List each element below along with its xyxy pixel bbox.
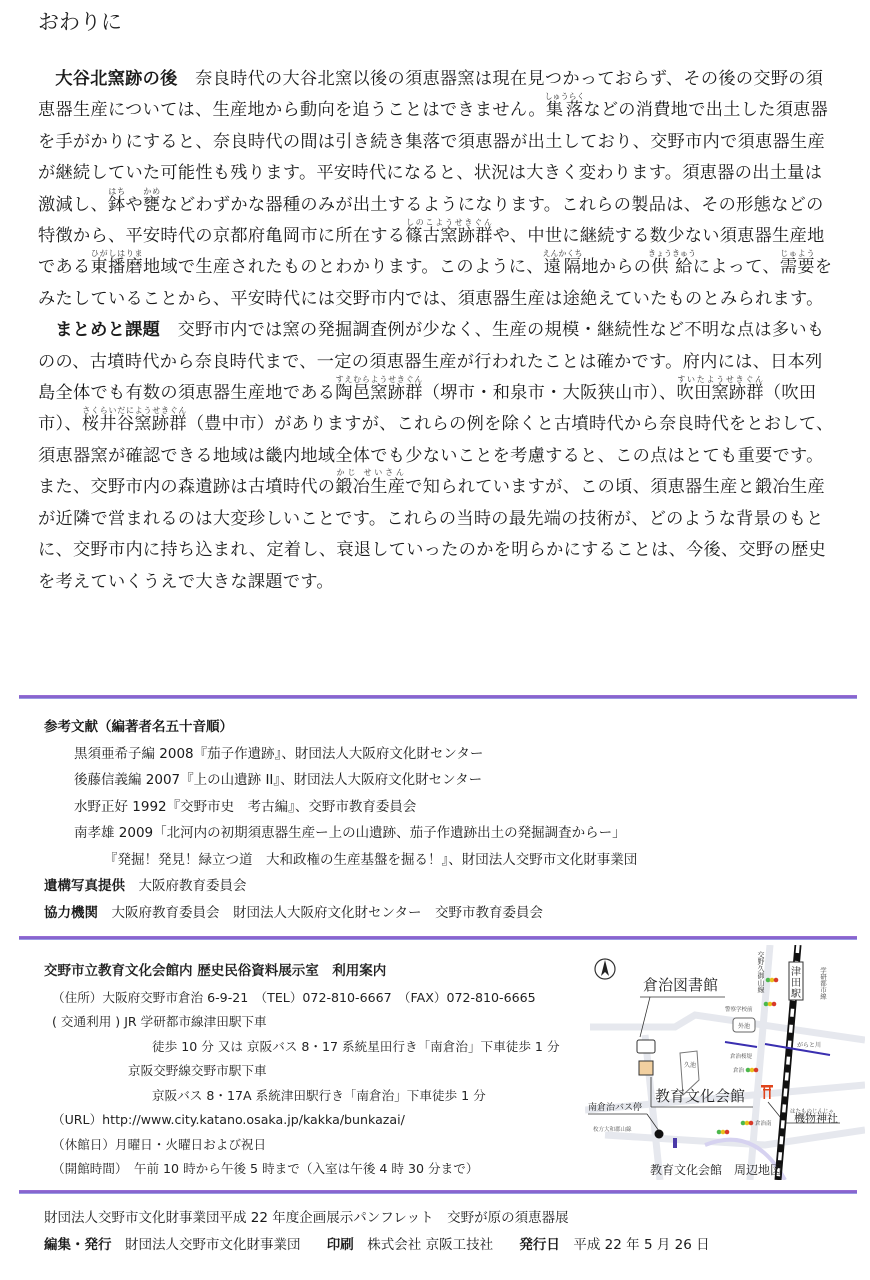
map-label-library: 倉治図書館 (643, 976, 718, 994)
map-label-bus-stop: 南倉治バス停 (588, 1101, 642, 1113)
map-caption: 教育文化会館 周辺地図 (650, 1162, 782, 1177)
svg-text:駅: 駅 (790, 988, 801, 1000)
info-address: （住所）大阪府交野市倉治 6-9-21 （TEL）072-810-6667 （F… (44, 986, 560, 1011)
svg-text:枚方大和郡山線: 枚方大和郡山線 (593, 1125, 632, 1133)
divider (19, 936, 857, 940)
svg-text:倉治: 倉治 (733, 1066, 745, 1074)
svg-text:警察学校前: 警察学校前 (725, 1005, 753, 1013)
reference-item: 水野正好 1992『交野市史 考古編』、交野市教育委員会 (44, 794, 637, 821)
colophon-credits: 編集・発行 財団法人交野市文化財事業団 印刷 株式会社 京阪工技社 発行日 平成… (44, 1232, 710, 1259)
paragraph: 大谷北窯跡の後 奈良時代の大谷北窯以後の須恵器窯は現在見つかっておらず、その後の… (38, 64, 838, 315)
section-heading: 大谷北窯跡の後 (55, 69, 177, 89)
info-access-detail: 徒歩 10 分 又は 京阪バス 8・17 系統星田行き「南倉治」下車徒歩 1 分 (44, 1035, 560, 1060)
svg-text:倉治南: 倉治南 (755, 1119, 772, 1127)
reference-item: 黒須亜希子編 2008『茄子作遺跡』、財団法人大阪府文化財センター (44, 741, 637, 768)
section-afterward: 大谷北窯跡の後 奈良時代の大谷北窯以後の須恵器窯は現在見つかっておらず、その後の… (38, 64, 838, 598)
map-label-hall: 教育文化会館 (655, 1087, 745, 1105)
svg-text:がらと川: がらと川 (797, 1041, 821, 1049)
map-label-shrine: 機物神社 (794, 1111, 838, 1125)
info-closed-days: （休館日）月曜日・火曜日および祝日 (44, 1133, 560, 1158)
info-access-detail: 京阪交野線交野市駅下車 (44, 1059, 560, 1084)
info-heading: 交野市立教育文化会館内 歴史民俗資料展示室 利用案内 (44, 959, 560, 984)
visitor-info: 交野市立教育文化会館内 歴史民俗資料展示室 利用案内 （住所）大阪府交野市倉治 … (44, 959, 560, 1182)
svg-text:久池: 久池 (684, 1061, 696, 1069)
svg-text:交野久御山線: 交野久御山線 (757, 950, 765, 994)
info-access-detail: 京阪バス 8・17A 系統津田駅行き「南倉治」下車徒歩 1 分 (44, 1084, 560, 1109)
north-arrow-icon (595, 959, 615, 979)
colophon: 財団法人交野市文化財事業団平成 22 年度企画展示パンフレット 交野が原の須恵器… (44, 1205, 710, 1259)
svg-text:外池: 外池 (738, 1022, 750, 1030)
info-hours: （開館時間） 午前 10 時から午後 5 時まで（入室は午後 4 時 30 分ま… (44, 1157, 560, 1182)
svg-text:学研都市線: 学研都市線 (819, 966, 827, 1001)
references-heading: 参考文献（編著者名五十音順） (44, 714, 637, 741)
info-url[interactable]: （URL）http://www.city.katano.osaka.jp/kak… (44, 1108, 560, 1133)
cooperation-credit: 協力機関 大阪府教育委員会 財団法人大阪府文化財センター 交野市教育委員会 (44, 900, 637, 927)
paragraph: まとめと課題 交野市内では窯の発掘調査例が少なく、生産の規模・継続性など不明な点… (38, 315, 838, 598)
divider (19, 1190, 857, 1194)
map-label-station: 津 (791, 965, 801, 978)
divider (19, 695, 857, 699)
reference-item: 『発掘！発見！緑立つ道 大和政権の生産基盤を掘る！』、財団法人交野市文化財事業団 (44, 847, 637, 874)
colophon-title: 財団法人交野市文化財事業団平成 22 年度企画展示パンフレット 交野が原の須恵器… (44, 1205, 710, 1232)
reference-item: 後藤信義編 2007『上の山遺跡 II』、財団法人大阪府文化財センター (44, 767, 637, 794)
references: 参考文献（編著者名五十音順） 黒須亜希子編 2008『茄子作遺跡』、財団法人大阪… (44, 714, 637, 926)
area-map: 倉治図書館 久池 教育文化会館 はたものじんじゃ 機物神社 南倉治バス停 枚方大… (585, 945, 865, 1180)
section-heading: まとめと課題 (55, 320, 160, 340)
page-title: おわりに (38, 6, 122, 36)
svg-text:田: 田 (791, 977, 801, 989)
photo-credit: 遺構写真提供 大阪府教育委員会 (44, 873, 637, 900)
svg-text:倉治桜堤: 倉治桜堤 (730, 1052, 753, 1060)
info-access: ( 交通利用 ) JR 学研都市線津田駅下車 (44, 1010, 560, 1035)
reference-item: 南孝雄 2009「北河内の初期須恵器生産ー上の山遺跡、茄子作遺跡出土の発掘調査か… (44, 820, 637, 847)
